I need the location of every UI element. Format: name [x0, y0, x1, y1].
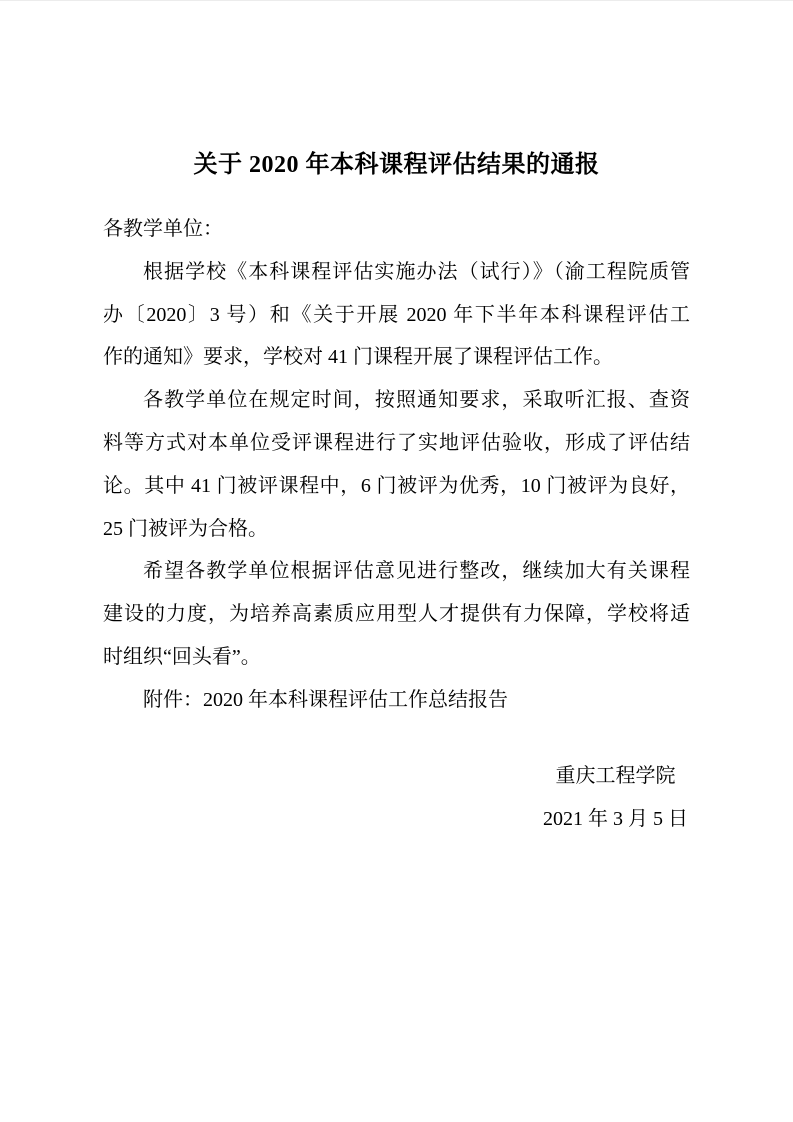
- attachment-line: 附件：2020 年本科课程评估工作总结报告: [103, 679, 690, 722]
- body-line: 建设的力度，为培养高素质应用型人才提供有力保障，学校将适: [103, 593, 690, 636]
- body-line: 办〔2020〕3 号）和《关于开展 2020 年下半年本科课程评估工: [103, 294, 690, 337]
- body-line: 料等方式对本单位受评课程进行了实地评估验收，形成了评估结: [103, 422, 690, 465]
- body-line: 作的通知》要求，学校对 41 门课程开展了课程评估工作。: [103, 336, 690, 379]
- signature-block: 重庆工程学院 2021 年 3 月 5 日: [543, 755, 688, 841]
- body-line: 25 门被评为合格。: [103, 508, 690, 551]
- document-page: 关于 2020 年本科课程评估结果的通报 各教学单位： 根据学校《本科课程评估实…: [0, 0, 793, 1122]
- body-line: 各教学单位在规定时间，按照通知要求，采取听汇报、查资: [103, 379, 690, 422]
- document-body: 各教学单位： 根据学校《本科课程评估实施办法（试行）》（渝工程院质管 办〔202…: [103, 208, 690, 722]
- body-line: 时组织“回头看”。: [103, 636, 690, 679]
- signature-organization: 重庆工程学院: [543, 755, 688, 798]
- document-title: 关于 2020 年本科课程评估结果的通报: [103, 148, 690, 182]
- salutation-line: 各教学单位：: [103, 208, 690, 251]
- body-line: 论。其中 41 门被评课程中，6 门被评为优秀，10 门被评为良好，: [103, 465, 690, 508]
- body-line: 希望各教学单位根据评估意见进行整改，继续加大有关课程: [103, 550, 690, 593]
- signature-date: 2021 年 3 月 5 日: [543, 798, 688, 841]
- body-line: 根据学校《本科课程评估实施办法（试行）》（渝工程院质管: [103, 251, 690, 294]
- document-content: 关于 2020 年本科课程评估结果的通报 各教学单位： 根据学校《本科课程评估实…: [103, 1, 690, 841]
